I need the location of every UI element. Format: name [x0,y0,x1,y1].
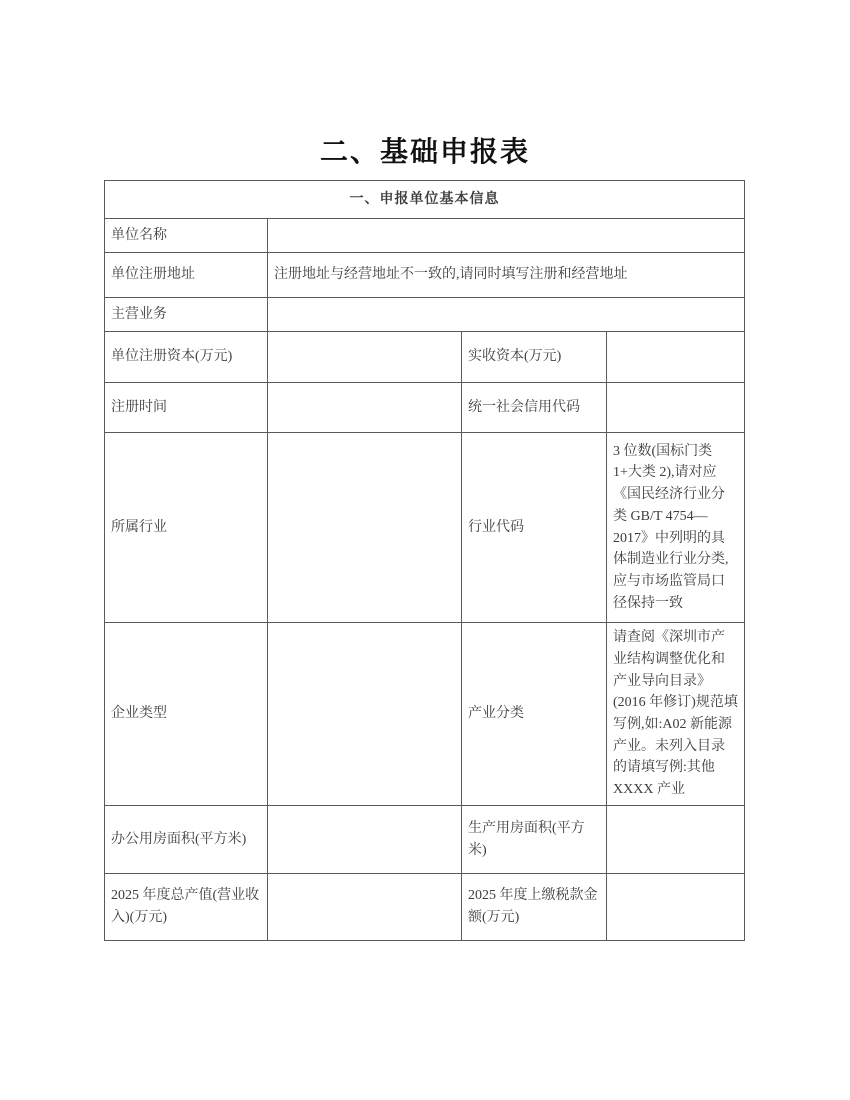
label-production-area: 生产用房面积(平方米) [462,806,607,874]
label-registered-address: 单位注册地址 [105,253,268,298]
table-row-floor-area: 办公用房面积(平方米) 生产用房面积(平方米) [105,806,745,874]
label-industry-classification: 产业分类 [462,623,607,806]
input-production-area[interactable] [607,806,745,874]
label-output-value-2025: 2025 年度总产值(营业收入)(万元) [105,874,268,941]
note-industry-classification: 请查阅《深圳市产业结构调整优化和产业导向目录》(2016 年修订)规范填写例,如… [607,623,745,806]
table-row-registered-address: 单位注册地址 注册地址与经营地址不一致的,请同时填写注册和经营地址 [105,253,745,298]
basic-declaration-table: 一、申报单位基本信息 单位名称 单位注册地址 注册地址与经营地址不一致的,请同时… [104,180,745,941]
table-row-capital: 单位注册资本(万元) 实收资本(万元) [105,332,745,383]
note-industry-code: 3 位数(国标门类 1+大类 2),请对应《国民经济行业分类 GB/T 4754… [607,433,745,623]
input-registered-address[interactable]: 注册地址与经营地址不一致的,请同时填写注册和经营地址 [268,253,745,298]
label-paid-in-capital: 实收资本(万元) [462,332,607,383]
label-credit-code: 统一社会信用代码 [462,383,607,433]
label-main-business: 主营业务 [105,298,268,332]
input-credit-code[interactable] [607,383,745,433]
table-row-registration: 注册时间 统一社会信用代码 [105,383,745,433]
table-row-2025-figures: 2025 年度总产值(营业收入)(万元) 2025 年度上缴税款金额(万元) [105,874,745,941]
label-industry-code: 行业代码 [462,433,607,623]
document-page: 二、基础申报表 一、申报单位基本信息 单位名称 单位注册地址 注册地址与经营地址… [0,0,850,1100]
input-enterprise-type[interactable] [268,623,462,806]
table-row-industry: 所属行业 行业代码 3 位数(国标门类 1+大类 2),请对应《国民经济行业分类… [105,433,745,623]
label-unit-name: 单位名称 [105,219,268,253]
label-industry: 所属行业 [105,433,268,623]
label-registration-date: 注册时间 [105,383,268,433]
label-office-area: 办公用房面积(平方米) [105,806,268,874]
input-industry[interactable] [268,433,462,623]
input-output-value-2025[interactable] [268,874,462,941]
input-registered-capital[interactable] [268,332,462,383]
label-tax-paid-2025: 2025 年度上缴税款金额(万元) [462,874,607,941]
input-main-business[interactable] [268,298,745,332]
label-registered-capital: 单位注册资本(万元) [105,332,268,383]
input-unit-name[interactable] [268,219,745,253]
section-header: 一、申报单位基本信息 [105,181,745,219]
page-title: 二、基础申报表 [0,130,850,170]
table-row-unit-name: 单位名称 [105,219,745,253]
input-registration-date[interactable] [268,383,462,433]
table-row-main-business: 主营业务 [105,298,745,332]
input-paid-in-capital[interactable] [607,332,745,383]
input-office-area[interactable] [268,806,462,874]
label-enterprise-type: 企业类型 [105,623,268,806]
table-row-section-header: 一、申报单位基本信息 [105,181,745,219]
input-tax-paid-2025[interactable] [607,874,745,941]
table-row-enterprise-type: 企业类型 产业分类 请查阅《深圳市产业结构调整优化和产业导向目录》(2016 年… [105,623,745,806]
